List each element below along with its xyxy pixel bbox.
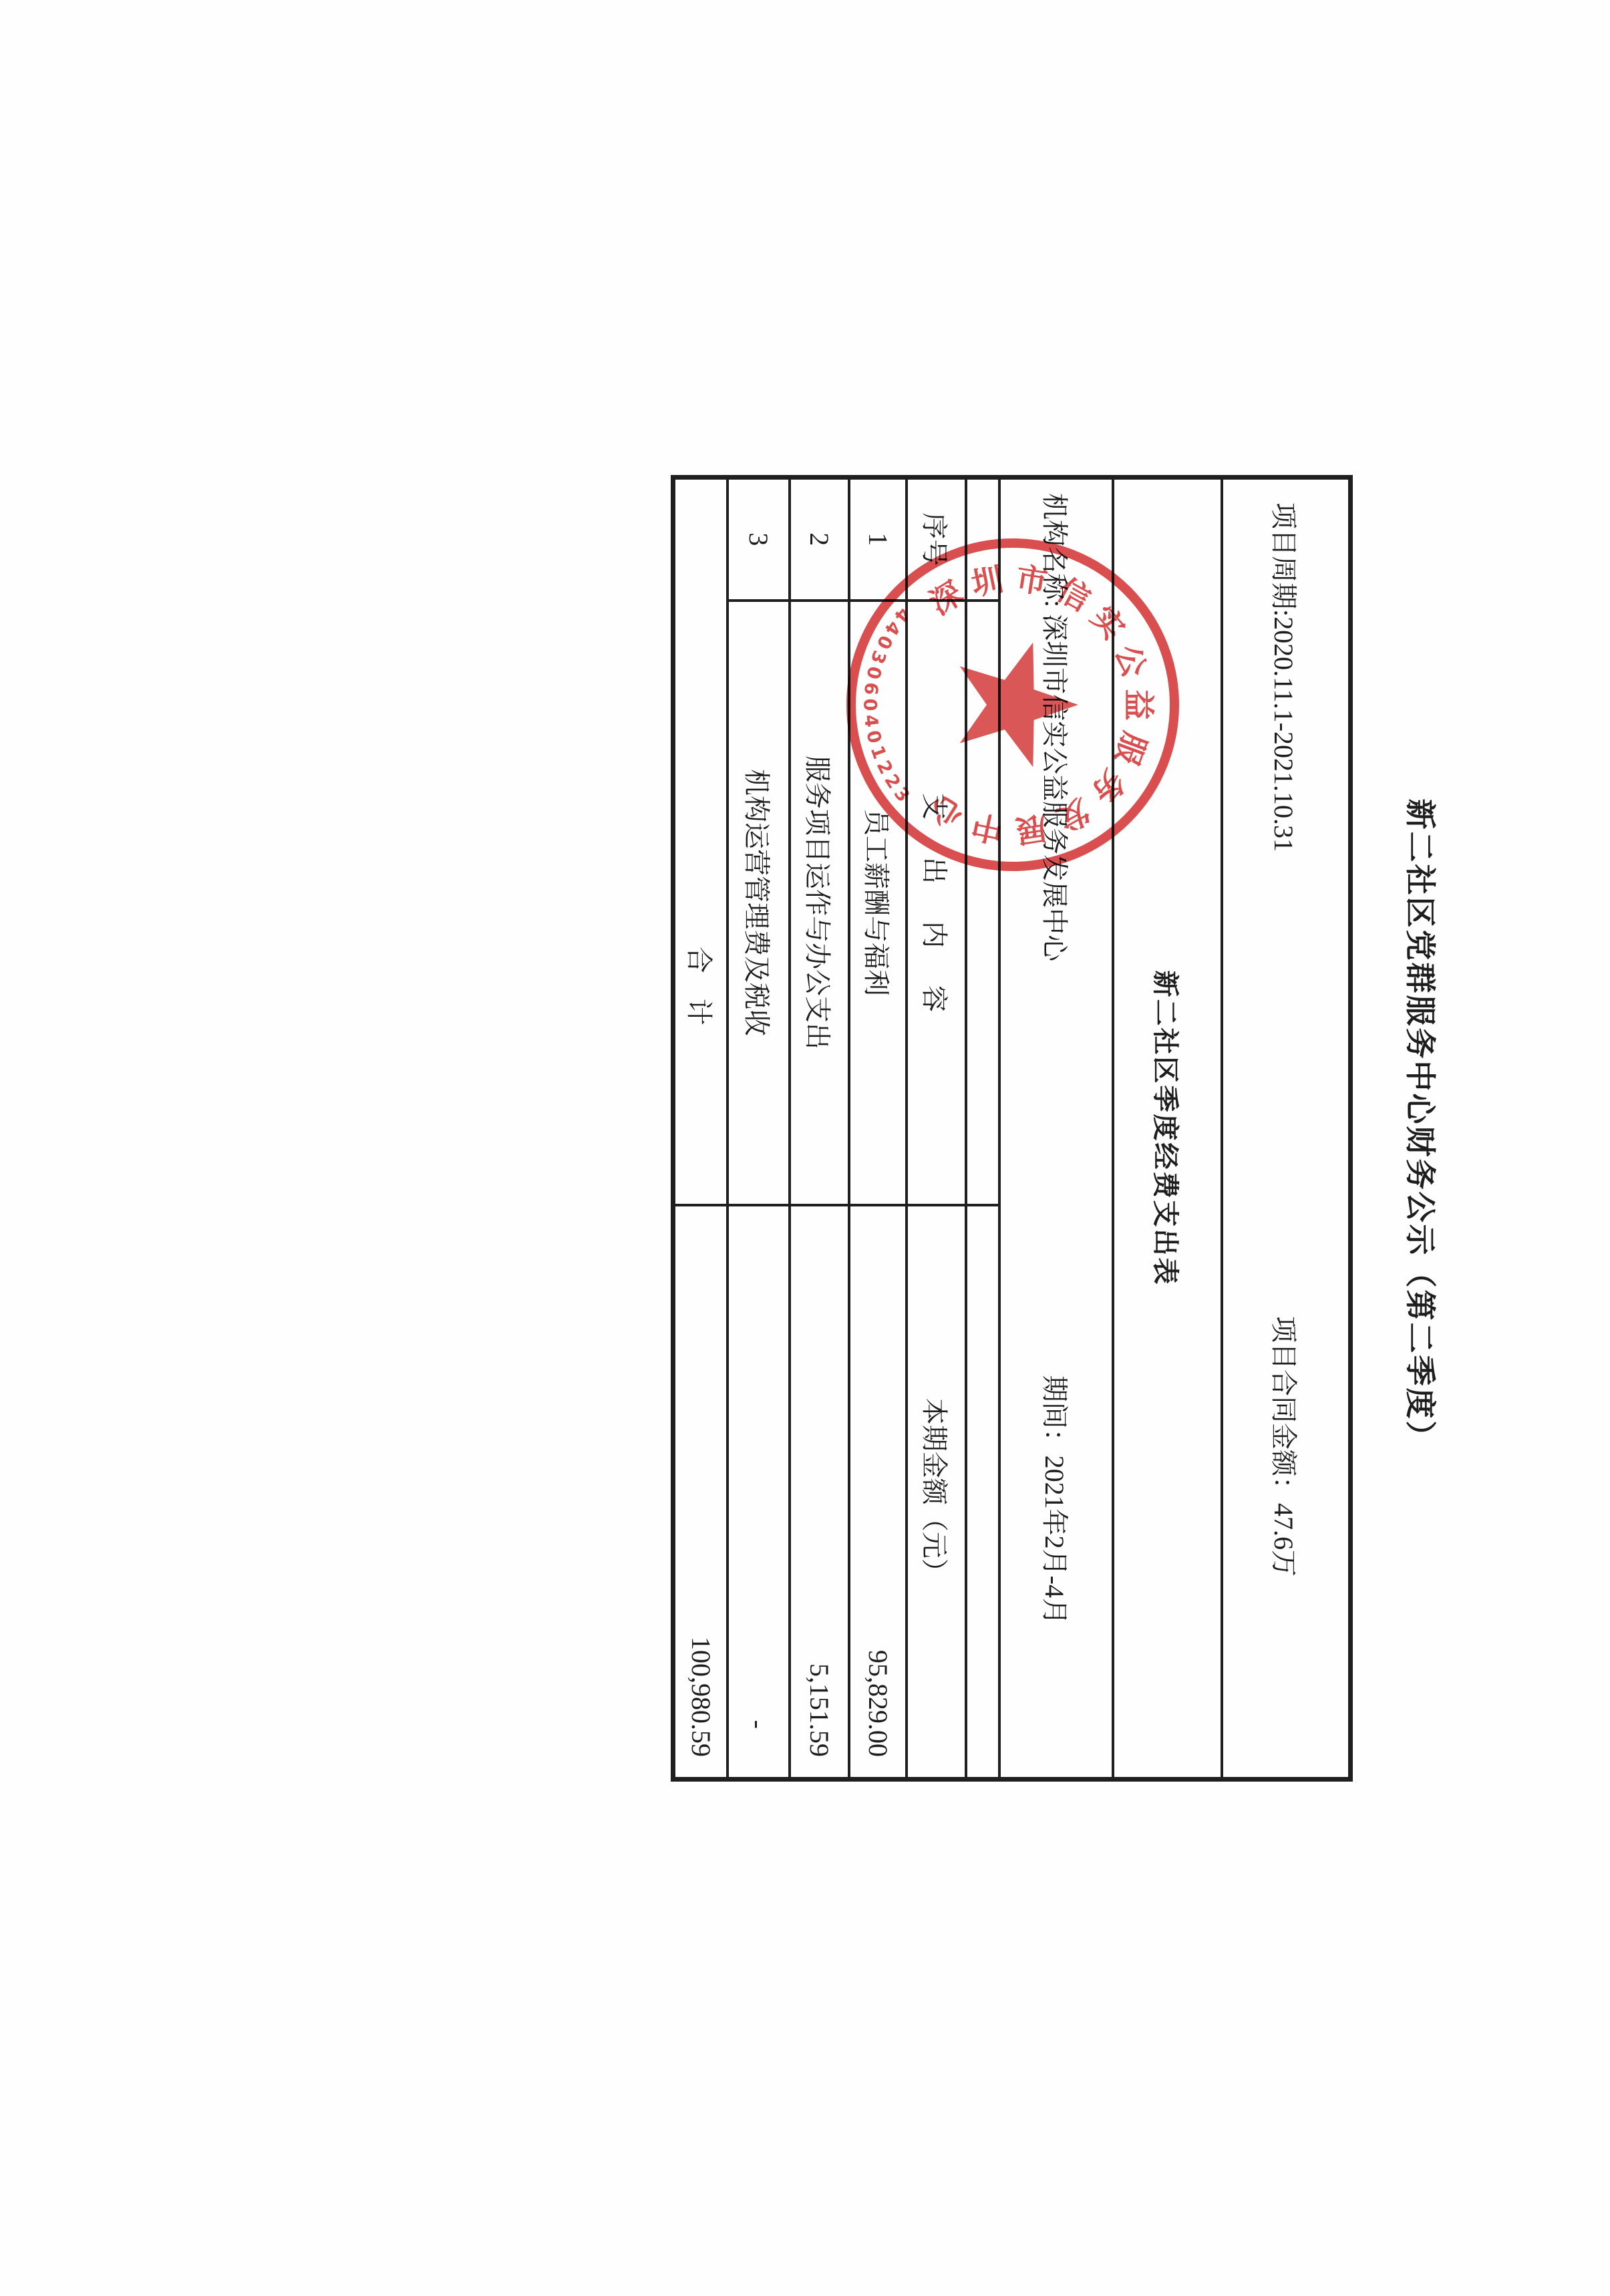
svg-text:信: 信 [1052,572,1096,618]
svg-text:0: 0 [862,664,884,681]
svg-text:展: 展 [1013,809,1050,848]
table-row: 3 机构运营管理费及税收 - [728,478,790,1780]
svg-text:3: 3 [866,648,890,667]
svg-text:中: 中 [969,807,1007,847]
row-amount: 95,829.00 [850,1205,907,1780]
svg-text:公: 公 [1108,641,1152,682]
svg-text:心: 心 [923,787,969,834]
page-title: 新二社区党群服务中心财务公示（第二季度） [1400,475,1444,1777]
total-label: 合计 [673,478,728,1205]
svg-text:0: 0 [860,699,880,711]
row-seq: 3 [728,478,790,601]
svg-text:6: 6 [860,681,882,696]
total-amount: 100,980.59 [673,1205,728,1780]
project-info-cell: 项目周期:2020.11.1-2021.10.31 项目合同金额：47.6万 [1223,478,1351,1780]
svg-text:益: 益 [1120,689,1155,721]
header-amount: 本期金额（元） [907,1205,967,1780]
svg-text:务: 务 [1084,763,1131,810]
svg-text:圳: 圳 [969,562,1007,603]
svg-text:0: 0 [862,728,884,745]
contract-amount-text: 项目合同金额：47.6万 [1267,1316,1305,1577]
document-canvas: 新二社区党群服务中心财务公示（第二季度） 项目周期:2020.11.1-2021… [0,0,1610,2296]
svg-text:4: 4 [860,713,882,728]
scanned-page: 新二社区党群服务中心财务公示（第二季度） 项目周期:2020.11.1-2021… [0,0,1610,2296]
spacer-cell [967,1205,1000,1780]
row-item: 机构运营管理费及税收 [728,601,790,1205]
project-period-text: 项目周期:2020.11.1-2021.10.31 [1267,502,1305,852]
table-row-project-info: 项目周期:2020.11.1-2021.10.31 项目合同金额：47.6万 [1223,478,1351,1780]
svg-text:市: 市 [1013,562,1050,601]
official-seal-stamp: 深圳市信实公益服务发展中心 4403060401223 [839,531,1186,878]
row-amount: 5,151.59 [790,1205,850,1780]
svg-text:发: 发 [1052,791,1096,836]
svg-text:实: 实 [1084,600,1131,647]
table-total-row: 合计 100,980.59 [673,478,728,1780]
svg-text:服: 服 [1108,727,1152,769]
seal-star-icon [960,643,1078,767]
period-range-text: 期间：2021年2月-4月 [1037,1375,1076,1625]
svg-text:深: 深 [924,576,969,622]
row-amount: - [728,1205,790,1780]
